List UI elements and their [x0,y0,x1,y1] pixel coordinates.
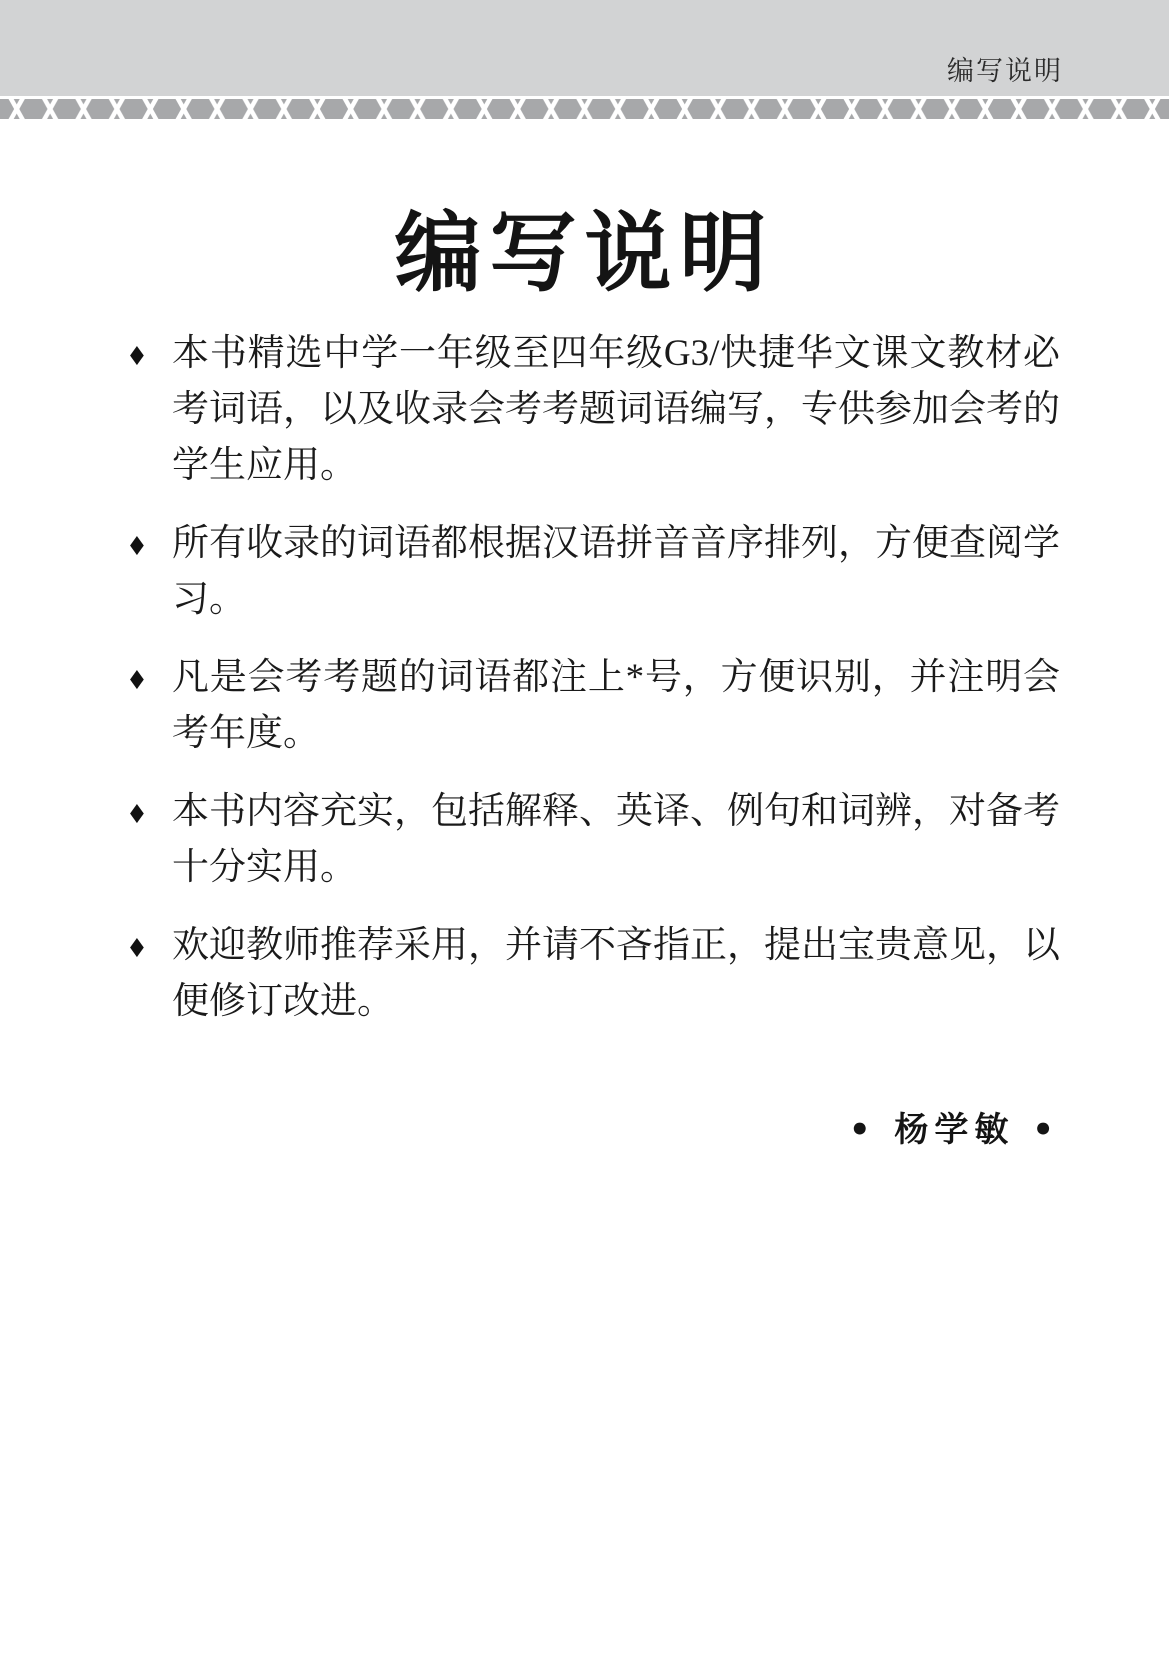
author-signature: • 杨学敏 • [849,1102,1060,1151]
decorative-diamond-band [0,99,1169,119]
page-title: 编写说明 [0,183,1169,308]
list-item: ◆ 欢迎教师推荐采用，并请不吝指正，提出宝贵意见，以便修订改进。 [130,918,1060,1030]
note-text: 欢迎教师推荐采用，并请不吝指正，提出宝贵意见，以便修订改进。 [172,918,1060,1030]
diamond-bullet-icon: ◆ [130,918,149,974]
note-text: 本书精选中学一年级至四年级G3/快捷华文课文教材必考词语，以及收录会考考题词语编… [172,326,1060,494]
list-item: ◆ 本书内容充实，包括解释、英译、例句和词辨，对备考十分实用。 [130,784,1060,896]
diamond-bullet-icon: ◆ [130,516,149,572]
running-head-title: 编写说明 [947,49,1063,88]
diamond-bullet-icon: ◆ [130,650,149,706]
running-head-band: 编写说明 [0,0,1169,96]
book-page: 编写说明 编写说明 ◆ 本书精选中学一年级至四年级G3/快捷华文课文教材必考词语… [0,0,1169,1657]
note-text: 本书内容充实，包括解释、英译、例句和词辨，对备考十分实用。 [172,784,1060,896]
diamond-bullet-icon: ◆ [130,326,149,382]
note-text: 所有收录的词语都根据汉语拼音音序排列，方便查阅学习。 [172,516,1060,628]
list-item: ◆ 凡是会考考题的词语都注上*号，方便识别，并注明会考年度。 [130,650,1060,762]
notes-list: ◆ 本书精选中学一年级至四年级G3/快捷华文课文教材必考词语，以及收录会考考题词… [130,326,1060,1052]
diamond-bullet-icon: ◆ [130,784,149,840]
note-text: 凡是会考考题的词语都注上*号，方便识别，并注明会考年度。 [172,650,1060,762]
list-item: ◆ 所有收录的词语都根据汉语拼音音序排列，方便查阅学习。 [130,516,1060,628]
list-item: ◆ 本书精选中学一年级至四年级G3/快捷华文课文教材必考词语，以及收录会考考题词… [130,326,1060,494]
